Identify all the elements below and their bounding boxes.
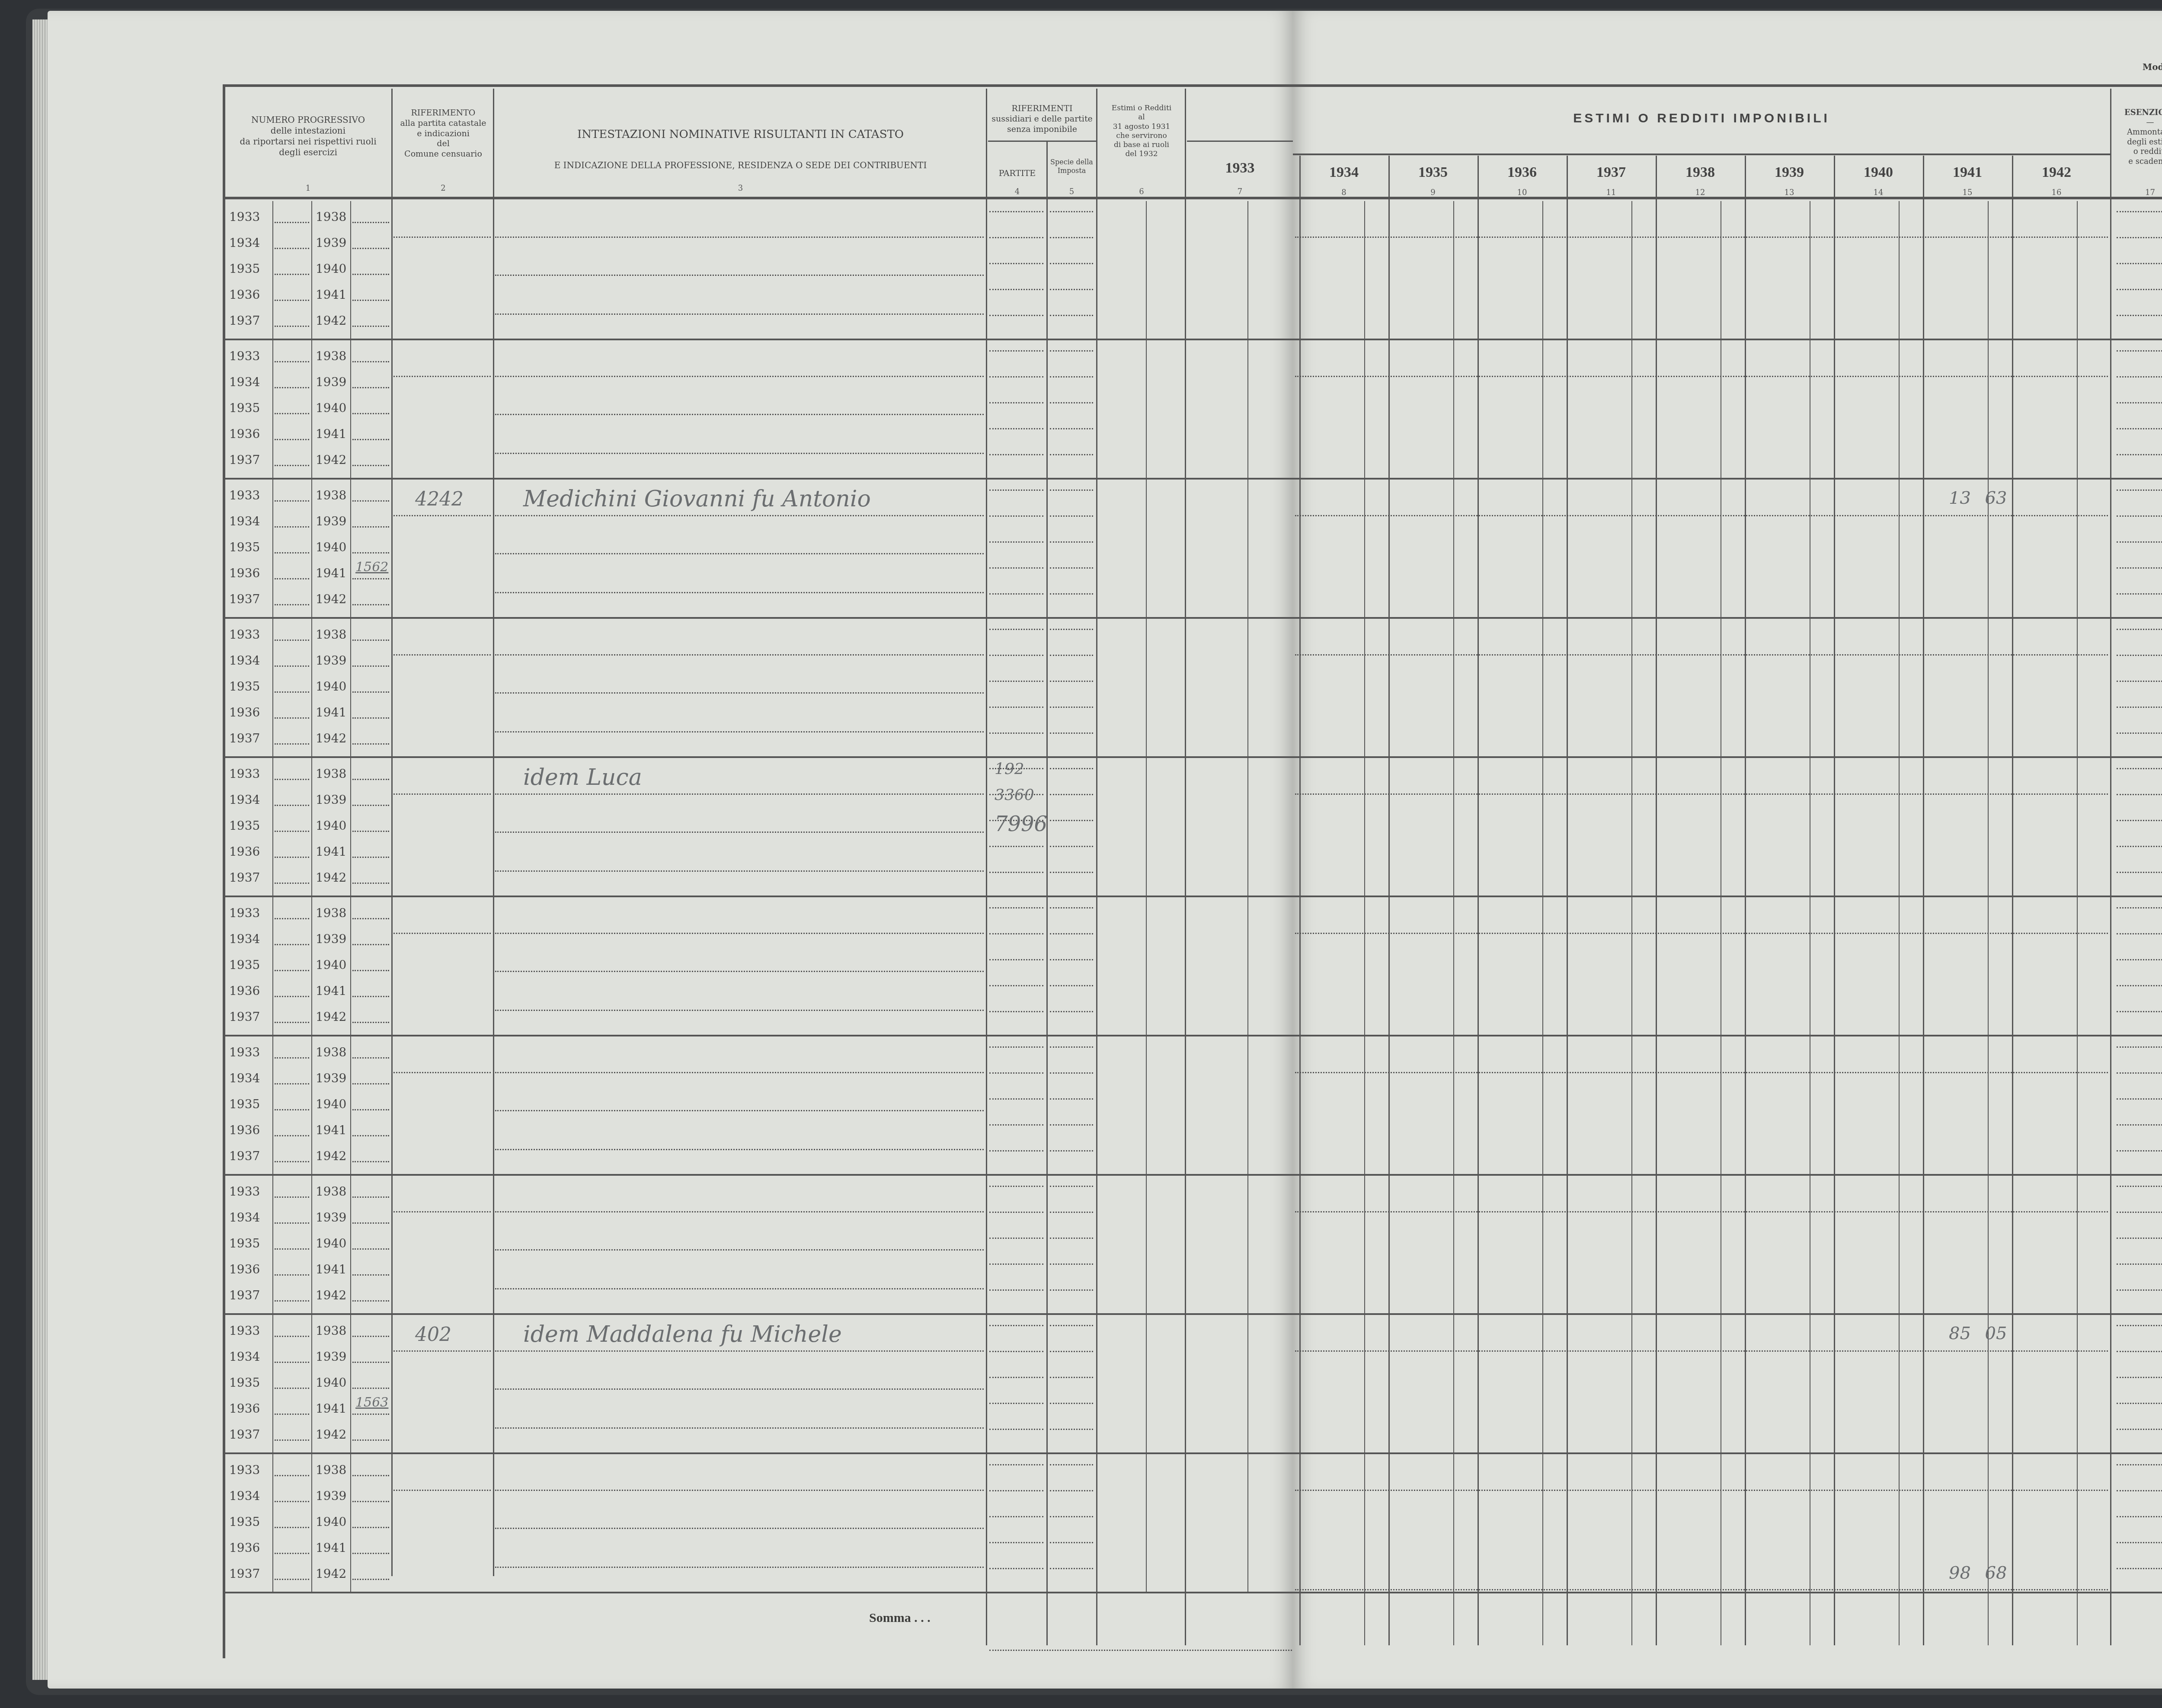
dotted-line [2117,350,2162,352]
dotted-line [1295,1350,2108,1352]
year-label: 1938 [316,767,346,781]
row-divider [350,758,351,896]
year-label: 1937 [229,870,260,885]
header-year-1936: 1936 [1478,164,1567,181]
year-label: 1940 [316,1375,346,1390]
row-divider [350,201,351,339]
year-label: 1941 [316,1401,346,1416]
row-divider [1247,1176,1248,1313]
dotted-line [352,526,389,528]
dotted-line [2117,1325,2162,1326]
header-col6-line: che servirono [1098,131,1185,141]
dotted-line [495,1110,984,1111]
somma-dotted-line [1295,1589,2108,1590]
year-label: 1937 [229,453,260,467]
dotted-line [352,1196,389,1198]
dotted-line [352,944,389,945]
dotted-line [352,996,389,997]
dotted-line [275,779,309,780]
year-label: 1936 [229,844,260,859]
dotted-line [275,970,309,971]
dotted-line [393,1211,491,1212]
dotted-line [1050,1098,1093,1100]
somma-label: Somma . . . [869,1611,931,1625]
dotted-line [989,1377,1043,1378]
block-rule [223,1035,1293,1036]
dotted-line [352,387,389,388]
dotted-line [275,831,309,832]
year-label: 1935 [229,679,260,694]
header-col2-title: RIFERIMENTO [393,108,493,118]
row-divider [311,1176,312,1313]
year-label: 1936 [229,1262,260,1276]
dotted-line [352,665,389,667]
dotted-line [2117,933,2162,934]
dotted-line [989,907,1043,908]
col-number: 7 [1187,187,1293,196]
dotted-line [2117,1011,2162,1012]
year-label: 1934 [229,1210,260,1225]
dotted-line [989,1542,1043,1543]
dotted-line [352,1057,389,1059]
dotted-line [989,454,1043,455]
dotted-line [352,248,389,249]
dotted-line [2117,289,2162,290]
year-label: 1939 [316,1489,346,1503]
dotted-line [1050,1072,1093,1074]
row-divider [350,1315,351,1452]
year-label: 1938 [316,906,346,920]
dotted-line [275,883,309,884]
partita-number: 192 [995,760,1024,778]
dotted-line [2117,907,2162,908]
dotted-line [393,654,491,656]
taxpayer-name: idem Maddalena fu Michele [523,1321,842,1347]
dotted-line [352,1362,389,1363]
block-rule [1293,1313,2162,1315]
dotted-line [2117,1464,2162,1465]
dotted-line [495,1149,984,1150]
row-divider [350,480,351,617]
year-label: 1938 [316,1045,346,1059]
dotted-line [2117,593,2162,595]
cents-divider [2077,201,2078,1645]
col-divider [1185,89,1186,1645]
dotted-line [2117,1072,2162,1074]
dotted-line [352,1414,389,1415]
dotted-line [275,1501,309,1502]
header-year-1939: 1939 [1745,164,1834,181]
year-label: 1934 [229,1489,260,1503]
dotted-line [275,1553,309,1554]
col-divider [1096,89,1097,1645]
dotted-line [2117,707,2162,708]
row-divider [272,1315,273,1452]
dotted-line [1050,655,1093,656]
dotted-line [2117,959,2162,960]
dotted-line [352,1388,389,1389]
year-label: 1942 [316,1288,346,1302]
header-year-1935: 1935 [1388,164,1478,181]
dotted-line [275,274,309,275]
dotted-line [352,500,389,502]
dotted-line [989,1046,1043,1048]
left-frame-rule [223,84,225,1658]
year-label: 1938 [316,627,346,642]
dotted-line [495,1249,984,1251]
dotted-line [275,578,309,579]
year-label: 1935 [229,1515,260,1529]
esenzioni-line: degli estimi [2112,138,2162,147]
dotted-line [352,743,389,745]
dotted-line [352,691,389,693]
year-label: 1942 [316,1010,346,1024]
subheader-rule [988,141,1096,142]
col-number: 14 [1834,188,1923,197]
dotted-line [495,1288,984,1289]
year-col-divider [1388,156,1390,1645]
row-divider [1146,201,1147,339]
year-col-divider [1834,156,1835,1645]
col-divider [493,89,494,1576]
year-label: 1940 [316,262,346,276]
somma-dotted-line [989,1650,1292,1651]
dotted-line [495,592,984,593]
dotted-line [275,1083,309,1084]
dotted-line [989,1516,1043,1517]
dotted-line [275,665,309,667]
year-label: 1933 [229,349,260,363]
dotted-line [2117,681,2162,682]
dotted-line [352,465,389,466]
esenzioni-line: e scadenze [2112,157,2162,167]
block-rule [223,617,1293,619]
dotted-line [2117,1289,2162,1291]
block-rule [223,339,1293,340]
dotted-line [352,857,389,858]
dotted-line [1050,350,1093,352]
dotted-line [275,439,309,440]
col-number: 12 [1656,188,1745,197]
dotted-line [1050,489,1093,491]
dotted-line [352,918,389,919]
year-label: 1939 [316,375,346,389]
dotted-line [2117,211,2162,212]
dotted-line [1295,1490,2108,1491]
dotted-line [352,413,389,414]
dotted-line [495,453,984,454]
dotted-line [1050,1568,1093,1569]
value-1941: 13 63 [1949,488,2007,508]
dotted-line [989,933,1043,934]
dotted-line [393,237,491,238]
dotted-line [989,1403,1043,1404]
top-rule [223,84,1293,87]
year-label: 1933 [229,627,260,642]
dotted-line [989,1325,1043,1326]
dotted-line [495,1211,984,1212]
esenzioni-title: ESENZIONI [2112,108,2162,118]
row-divider [1146,340,1147,478]
dotted-line [275,1248,309,1250]
block-rule [1293,1174,2162,1176]
dotted-line [989,237,1043,238]
year-label: 1936 [229,1123,260,1137]
partita-number: 3360 [995,786,1034,804]
header-bottom-rule [223,197,1293,199]
year-label: 1939 [316,1210,346,1225]
dotted-line [352,1553,389,1554]
dotted-line [495,1567,984,1568]
dotted-line [989,315,1043,316]
row-divider [272,201,273,339]
dotted-line [2117,541,2162,543]
dotted-line [275,805,309,806]
dotted-line [1050,1212,1093,1213]
dotted-line [275,1414,309,1415]
header-esenzioni: ESENZIONI — Ammontare degli estimi o red… [2112,108,2162,166]
taxpayer-name: Medichini Giovanni fu Antonio [523,486,871,512]
year-label: 1933 [229,210,260,224]
taxpayer-name: idem Luca [523,764,642,790]
dotted-line [1050,959,1093,960]
header-col3-subtitle: E INDICAZIONE DELLA PROFESSIONE, RESIDEN… [495,160,986,171]
dotted-line [1050,732,1093,734]
year-label: 1939 [316,653,346,668]
row-divider [1247,758,1248,896]
row-divider [311,1454,312,1592]
header-col1-line: da riportarsi nei rispettivi ruoli [225,136,391,147]
dotted-line [495,553,984,554]
dotted-line [495,376,984,377]
dotted-line [275,222,309,223]
header-col1-title: NUMERO PROGRESSIVO [225,115,391,125]
row-divider [272,480,273,617]
col-number: 9 [1388,188,1478,197]
dotted-line [1295,1211,2108,1212]
dotted-line [352,604,389,605]
col-divider [1046,141,1048,1645]
dotted-line [495,731,984,732]
row-divider [311,897,312,1035]
dotted-line [2117,1186,2162,1187]
dotted-line [989,1568,1043,1569]
header-col6: Estimi o Redditi al 31 agosto 1931 che s… [1098,104,1185,159]
dotted-line [2117,1124,2162,1126]
header-year-1938: 1938 [1656,164,1745,181]
header-col6-line: 31 agosto 1931 [1098,122,1185,131]
row-divider [350,619,351,756]
dotted-line [352,1274,389,1276]
dotted-line [352,1135,389,1136]
year-label: 1933 [229,906,260,920]
dotted-line [275,1439,309,1441]
dotted-line [989,872,1043,873]
year-label: 1937 [229,592,260,606]
dotted-line [495,1072,984,1073]
dotted-line [275,552,309,553]
col-number: 4 [988,187,1046,196]
dotted-line [2117,1377,2162,1378]
header-col1-line: delle intestazioni [225,125,391,136]
dotted-line [989,263,1043,264]
year-label: 1936 [229,427,260,441]
year-label: 1934 [229,1071,260,1085]
dotted-line [495,832,984,833]
dotted-line [989,1464,1043,1465]
dotted-line [2117,820,2162,821]
dotted-line [1050,1124,1093,1126]
row-divider [350,1176,351,1313]
row-divider [1146,1176,1147,1313]
dotted-line [2117,489,2162,491]
dotted-line [495,870,984,872]
dotted-line [393,793,491,795]
dotted-line [352,883,389,884]
year-label: 1934 [229,932,260,946]
year-label: 1941 [316,427,346,441]
dotted-line [2117,237,2162,238]
dotted-line [989,402,1043,403]
year-label: 1935 [229,1097,260,1111]
dotted-line [2117,515,2162,517]
year-label: 1936 [229,288,260,302]
year-col-divider [1923,156,1924,1645]
dotted-line [1050,1289,1093,1291]
dotted-line [1050,681,1093,682]
col-number: 11 [1567,188,1656,197]
dotted-line [2117,1098,2162,1100]
row-divider [350,1036,351,1174]
dotted-line [2117,402,2162,403]
dotted-line [989,959,1043,960]
dotted-line [1050,402,1093,403]
year-label: 1942 [316,731,346,745]
year-label: 1940 [316,958,346,972]
year-label: 1942 [316,313,346,328]
dotted-line [2117,1263,2162,1265]
dotted-line [1050,933,1093,934]
dotted-line [275,717,309,719]
dotted-line [495,933,984,934]
dotted-line [2117,985,2162,986]
dotted-line [352,717,389,719]
dotted-line [1295,793,2108,795]
block-rule [223,1452,1293,1454]
dotted-line [352,1501,389,1502]
row-divider [1146,1454,1147,1592]
block-rule [223,896,1293,897]
dotted-line [989,1150,1043,1151]
dotted-line [1050,872,1093,873]
header-year-1937: 1937 [1567,164,1656,181]
block-rule [223,756,1293,758]
dotted-line [352,1579,389,1580]
row-divider [272,758,273,896]
header-col2-line: del [393,139,493,149]
dotted-line [352,1083,389,1084]
year-label: 1939 [316,236,346,250]
year-label: 1933 [229,488,260,502]
dotted-line [275,918,309,919]
year-label: 1938 [316,1463,346,1477]
dotted-line [1295,515,2108,516]
year-label: 1938 [316,1324,346,1338]
dotted-line [2117,567,2162,569]
year-label: 1936 [229,984,260,998]
dotted-line [495,275,984,276]
col-number: 16 [2012,188,2101,197]
year-label: 1936 [229,1541,260,1555]
col-number: 3 [495,184,986,193]
block-rule [223,478,1293,480]
dotted-line [2117,1046,2162,1048]
dotted-line [989,376,1043,377]
dotted-line [275,413,309,414]
dotted-line [275,1388,309,1389]
dotted-line [352,970,389,971]
header-col45-line: sussidiari e delle partite [988,114,1096,125]
year-label: 1941 [316,288,346,302]
row-divider [311,619,312,756]
dotted-line [989,1098,1043,1100]
year-label: 1938 [316,488,346,502]
dotted-line [1050,1263,1093,1265]
dotted-line [1295,1072,2108,1073]
year-col-divider [1567,156,1568,1645]
row-divider [1247,480,1248,617]
row-divider [350,897,351,1035]
year-label: 1933 [229,1184,260,1199]
dotted-line [1050,1403,1093,1404]
dotted-line [393,376,491,377]
row-divider [311,1315,312,1452]
year-label: 1934 [229,514,260,528]
row-divider [1146,1036,1147,1174]
row-divider [272,1176,273,1313]
block-rule [1293,756,2162,758]
dotted-line [1050,768,1093,769]
year-col-divider [2012,156,2013,1645]
header-col2-line: e indicazioni [393,129,493,139]
col-number: 5 [1047,187,1096,196]
dotted-line [275,500,309,502]
dotted-line [352,274,389,275]
dotted-line [495,1350,984,1352]
dotted-line [1050,1046,1093,1048]
dotted-line [275,1196,309,1198]
col-number: 13 [1745,188,1834,197]
year-label: 1941 [316,1123,346,1137]
header-col6-line: del 1932 [1098,150,1185,159]
dotted-line [275,465,309,466]
year-label: 1938 [316,210,346,224]
year-col-divider [1745,156,1746,1645]
dotted-line [275,1222,309,1224]
dotted-line [989,707,1043,708]
dotted-line [495,515,984,516]
dotted-line [989,1429,1043,1430]
year-label: 1935 [229,540,260,554]
dotted-line [1295,376,2108,377]
row-divider [311,201,312,339]
year-label: 1942 [316,453,346,467]
dotted-line [2117,1490,2162,1491]
dotted-line [2117,1429,2162,1430]
dotted-line [275,248,309,249]
dotted-line [1050,985,1093,986]
row-divider [311,1036,312,1174]
